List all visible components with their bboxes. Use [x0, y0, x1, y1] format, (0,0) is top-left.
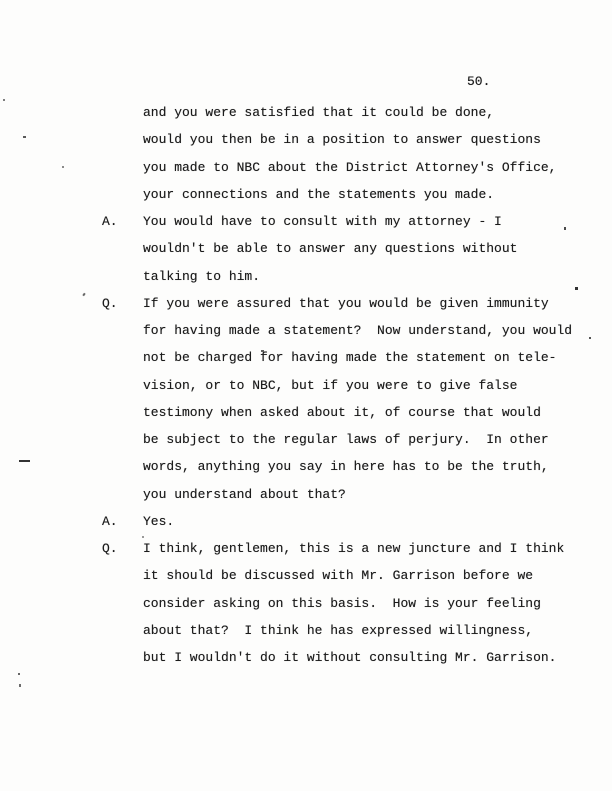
scan-speck — [62, 166, 64, 168]
transcript-body: and you were satisfied that it could be … — [102, 99, 590, 671]
scan-speck — [19, 684, 21, 687]
scan-speck — [3, 99, 5, 101]
transcript-line: consider asking on this basis. How is yo… — [143, 590, 590, 617]
transcript-line: about that? I think he has expressed wil… — [143, 617, 590, 644]
speaker-label: Q. — [102, 535, 118, 562]
transcript-line: talking to him. — [143, 263, 590, 290]
speaker-label: A. — [102, 508, 118, 535]
scan-speck — [564, 227, 566, 230]
transcript-line: You would have to consult with my attorn… — [143, 208, 590, 235]
qa-block-answer: A. You would have to consult with my att… — [102, 208, 590, 290]
transcript-line: testimony when asked about it, of course… — [143, 399, 590, 426]
transcript-line: you made to NBC about the District Attor… — [143, 154, 590, 181]
transcript-line: it should be discussed with Mr. Garrison… — [143, 562, 590, 589]
transcript-line: not be charged for having made the state… — [143, 344, 590, 371]
transcript-line: your connections and the statements you … — [143, 181, 590, 208]
transcript-line: I think, gentlemen, this is a new junctu… — [143, 535, 590, 562]
scan-speck — [19, 460, 30, 462]
transcript-line: would you then be in a position to answe… — [143, 126, 590, 153]
scan-speck — [18, 673, 20, 675]
document-page: 50. and you were satisfied that it could… — [0, 0, 612, 791]
transcript-line: Yes. — [143, 508, 590, 535]
scan-speck — [23, 136, 26, 138]
page-number: 50. — [467, 74, 490, 90]
qa-block-answer: A. Yes. — [102, 508, 590, 535]
transcript-line: but I wouldn't do it without consulting … — [143, 644, 590, 671]
qa-block-question: Q. I think, gentlemen, this is a new jun… — [102, 535, 590, 671]
transcript-line: be subject to the regular laws of perjur… — [143, 426, 590, 453]
scan-speck — [142, 536, 144, 538]
qa-block-question: Q. If you were assured that you would be… — [102, 290, 590, 508]
scan-speck — [589, 337, 591, 339]
transcript-line: and you were satisfied that it could be … — [143, 99, 590, 126]
qa-block-continuation: and you were satisfied that it could be … — [102, 99, 590, 208]
transcript-line: for having made a statement? Now underst… — [143, 317, 590, 344]
speaker-label: A. — [102, 208, 118, 235]
transcript-line: vision, or to NBC, but if you were to gi… — [143, 372, 590, 399]
transcript-line: you understand about that? — [143, 481, 590, 508]
transcript-line: wouldn't be able to answer any questions… — [143, 235, 590, 262]
transcript-line: words, anything you say in here has to b… — [143, 453, 590, 480]
transcript-line: If you were assured that you would be gi… — [143, 290, 590, 317]
scan-speck — [82, 293, 85, 297]
speaker-label: Q. — [102, 290, 118, 317]
scan-speck — [575, 287, 578, 290]
scan-speck — [261, 350, 264, 352]
